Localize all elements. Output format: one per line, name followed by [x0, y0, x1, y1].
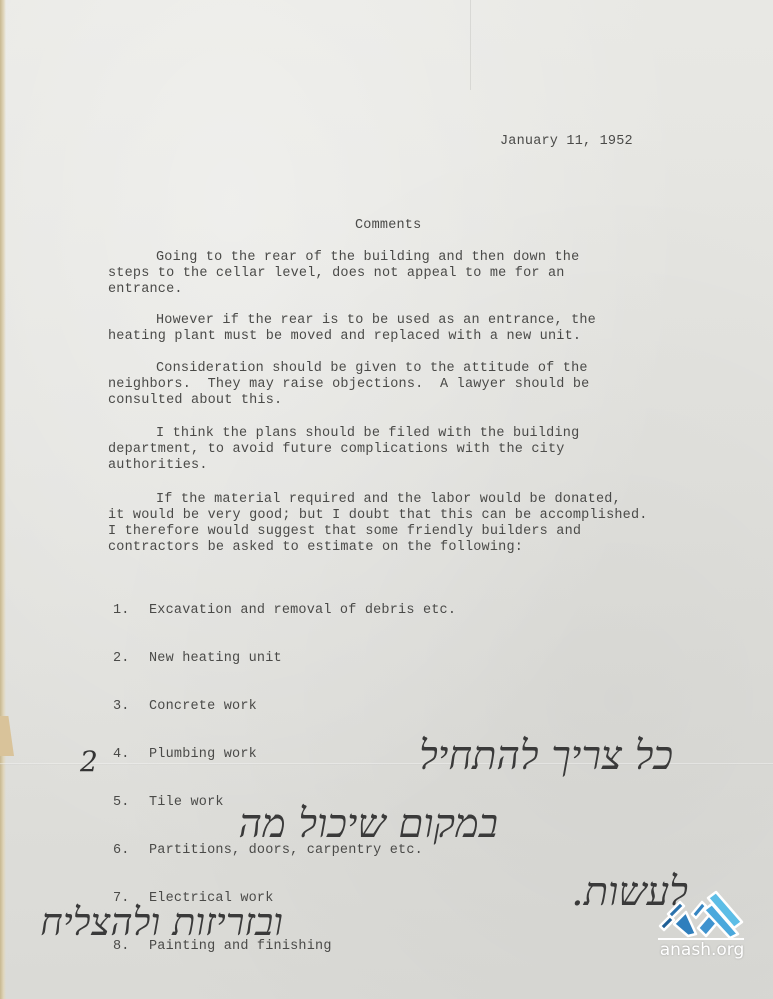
- paragraph-4: I think the plans should be filed with t…: [108, 426, 579, 474]
- list-item: 3.Concrete work: [113, 699, 456, 715]
- list-item: 2.New heating unit: [113, 651, 456, 667]
- paragraph-1: Going to the rear of the building and th…: [108, 250, 579, 298]
- paragraph-5: If the material required and the labor w…: [108, 492, 648, 556]
- anash-logo-icon: [652, 888, 752, 943]
- paper-wrinkle: [470, 0, 471, 90]
- letter-date: January 11, 1952: [500, 134, 633, 150]
- handwritten-note-line-1: כל צריך להתחיל: [419, 732, 673, 779]
- anash-logo-watermark: anash.org: [652, 888, 757, 968]
- letter-title: Comments: [355, 218, 421, 234]
- watermark-text: anash.org: [652, 940, 752, 960]
- paragraph-3: Consideration should be given to the att…: [108, 361, 589, 409]
- handwritten-margin-mark: 2: [80, 745, 98, 778]
- paper-edge: [0, 0, 6, 999]
- list-item: 4.Plumbing work: [113, 747, 456, 763]
- handwritten-note-line-2: במקום שיכול מה: [239, 800, 498, 847]
- list-item: 1.Excavation and removal of debris etc.: [113, 603, 456, 619]
- paragraph-2: However if the rear is to be used as an …: [108, 313, 596, 345]
- handwritten-signature: ובזריזות ולהצליח: [40, 900, 283, 945]
